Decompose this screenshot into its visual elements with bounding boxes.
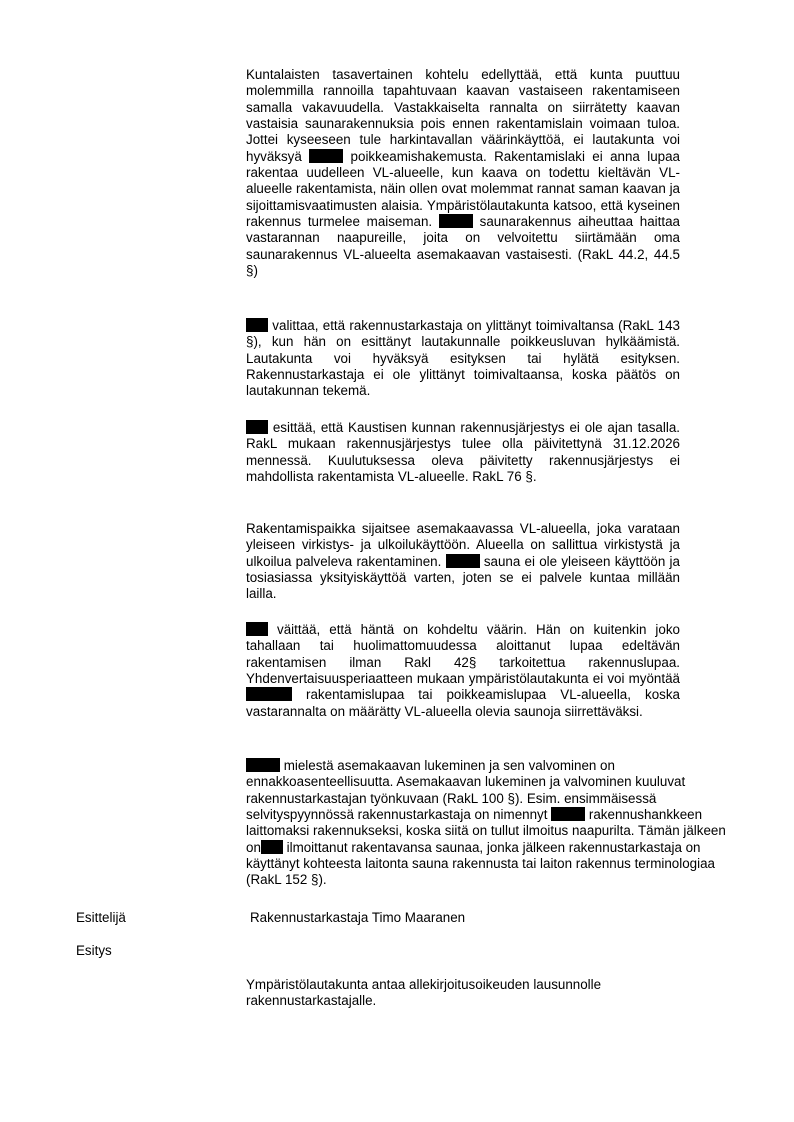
- paragraph-unfair-treatment: väittää, että häntä on kohdeltu väärin. …: [246, 622, 680, 720]
- presenter-label: Esittelijä: [76, 910, 126, 926]
- redaction-box: [246, 622, 268, 636]
- redaction-box: [309, 149, 343, 163]
- redaction-box: [246, 318, 268, 332]
- proposal-text: Ympäristölautakunta antaa allekirjoituso…: [246, 977, 686, 1010]
- redaction-box: [246, 687, 292, 701]
- redaction-box: [261, 840, 283, 854]
- redaction-box: [446, 554, 480, 568]
- redaction-box: [246, 758, 280, 772]
- paragraph-authority-claim: valittaa, että rakennustarkastaja on yli…: [246, 318, 680, 400]
- paragraph-building-order: esittää, että Kaustisen kunnan rakennusj…: [246, 420, 680, 485]
- redaction-box: [439, 214, 473, 228]
- redaction-box: [551, 807, 585, 821]
- redaction-box: [246, 420, 268, 434]
- paragraph-building-site: Rakentamispaikka sijaitsee asemakaavassa…: [246, 521, 680, 603]
- paragraph-equal-treatment: Kuntalaisten tasavertainen kohtelu edell…: [246, 67, 680, 279]
- presenter-value: Rakennustarkastaja Timo Maaranen: [250, 910, 465, 926]
- proposal-label: Esitys: [76, 943, 112, 959]
- paragraph-zoning-supervision: mielestä asemakaavan lukeminen ja sen va…: [246, 758, 732, 889]
- document-page: Kuntalaisten tasavertainen kohtelu edell…: [0, 0, 794, 1122]
